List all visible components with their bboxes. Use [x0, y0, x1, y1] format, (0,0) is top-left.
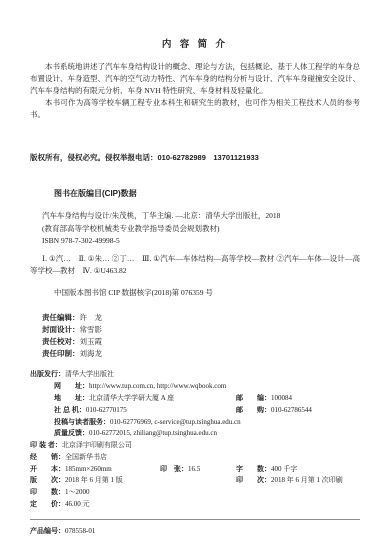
book-copyright-page: 内 容 简 介 本书系统地讲述了汽车车身结构设计的概念、理论与方法，包括概论、基… — [0, 0, 390, 546]
zip-group: 邮 编：100084 — [236, 393, 292, 405]
distributor-name: 全国新华书店 — [65, 453, 107, 461]
distributor-label: 经 销： — [30, 454, 65, 461]
address-row: 地 址：北京清华大学学研大厦 A 座 邮 编：100084 — [0, 393, 390, 405]
address-value: 北京清华大学学研大厦 A 座 — [89, 394, 174, 402]
cip-record-number: 中国版本图书馆 CIP 数据核字(2018)第 076359 号 — [54, 287, 360, 298]
distributor-row: 经 销：全国新华书店 — [0, 452, 390, 464]
print-run-row: 印 数：1～2000 — [0, 487, 390, 499]
zip-label: 邮 编： — [236, 395, 271, 402]
publication-section: 出版发行：清华大学出版社 网 址：http://www.tup.com.cn, … — [0, 369, 390, 511]
printer-name: 北京泽宇印刷有限公司 — [62, 441, 132, 449]
sheets-value: 16.5 — [188, 465, 200, 473]
format-row: 开 本：185mm×260mm 印 张：16.5 字 数：400 千字 — [0, 464, 390, 476]
impression-group: 印 次：2018 年 6 月第 1 次印刷 — [236, 475, 343, 487]
print-supervisor-name: 刘海龙 — [80, 349, 103, 358]
product-number-label: 产品编号： — [30, 528, 65, 535]
credit-proofreader-row: 责任校对：刘玉霞 — [42, 336, 390, 348]
quality-feedback-label: 质量反馈： — [54, 430, 89, 437]
mail-order-group: 邮 购：010-62786544 — [236, 405, 312, 417]
proofreader-name: 刘玉霞 — [80, 337, 103, 346]
print-run-label: 印 数： — [30, 489, 65, 496]
cip-classification: Ⅰ. ①汽… Ⅱ. ①朱… ②丁… Ⅲ. ①汽车—车体结构—高等学校—教材 ②汽… — [30, 253, 360, 278]
cip-heading: 图书在版编目(CIP)数据 — [54, 188, 390, 199]
credit-editor-row: 责任编辑：许 龙 — [42, 312, 390, 324]
sheets-label: 印 张： — [160, 466, 188, 473]
price-value: 46.00 元 — [65, 500, 90, 508]
sheets-group: 印 张：16.5 — [160, 464, 200, 476]
cip-title-line: 汽车车身结构与设计/朱茂桃，丁华主编. —北京：清华大学出版社，2018 — [42, 210, 360, 223]
switchboard-label: 社 总 机： — [54, 407, 86, 414]
impression-label: 印 次： — [236, 477, 271, 484]
impression-value: 2018 年 6 月第 1 次印刷 — [271, 476, 343, 484]
website-row: 网 址：http://www.tup.com.cn, http://www.wq… — [0, 381, 390, 393]
cover-designer-name: 常雪影 — [80, 325, 103, 334]
credits-section: 责任编辑：许 龙 封面设计：常雪影 责任校对：刘玉霞 责任印制：刘海龙 — [42, 312, 390, 361]
content-summary-paragraph-2: 本书可作为高等学校车辆工程专业本科生和研究生的教材，也可作为相关工程技术人员的参… — [30, 97, 360, 121]
credit-print-supervisor-row: 责任印制：刘海龙 — [42, 348, 390, 360]
reader-service-label: 投稿与读者服务： — [54, 419, 110, 426]
product-number-footer: 产品编号：078558-01 — [30, 519, 360, 536]
edition-row: 版 次：2018 年 6 月第 1 版 印 次：2018 年 6 月第 1 次印… — [0, 475, 390, 487]
publisher-name: 清华大学出版社 — [65, 370, 114, 378]
edition-value: 2018 年 6 月第 1 版 — [65, 476, 123, 484]
word-count-group: 字 数：400 千字 — [236, 464, 297, 476]
print-supervisor-label: 责任印制： — [42, 349, 80, 358]
word-count-label: 字 数： — [236, 466, 271, 473]
printer-row: 印 装 者：北京泽宇印刷有限公司 — [0, 440, 390, 452]
cover-designer-label: 封面设计： — [42, 325, 80, 334]
editor-label: 责任编辑： — [42, 313, 80, 322]
print-run-value: 1～2000 — [65, 488, 90, 496]
content-summary-paragraph-1: 本书系统地讲述了汽车车身结构设计的概念、理论与方法，包括概论、基于人体工程学的车… — [30, 61, 360, 97]
price-row: 定 价：46.00 元 — [0, 499, 390, 511]
cip-isbn: ISBN 978-7-302-49998-5 — [42, 235, 360, 248]
content-summary-title: 内 容 简 介 — [0, 36, 390, 50]
copyright-notice: 版权所有，侵权必究。侵权举报电话：010-62782989 1370112193… — [30, 152, 360, 163]
word-count-value: 400 千字 — [271, 465, 297, 473]
quality-feedback-contact: 010-62772015, zhiliang@tup.tsinghua.edu.… — [89, 429, 217, 437]
edition-label: 版 次： — [30, 477, 65, 484]
address-label: 地 址： — [54, 395, 89, 402]
reader-service-row: 投稿与读者服务：010-62776969, c-service@tup.tsin… — [0, 417, 390, 429]
proofreader-label: 责任校对： — [42, 337, 80, 346]
website-urls: http://www.tup.com.cn, http://www.wqbook… — [89, 382, 226, 390]
printer-label: 印 装 者： — [30, 442, 62, 449]
cip-series-line: (教育部高等学校机械类专业教学指导委员会规划教材) — [42, 223, 360, 236]
publisher-row: 出版发行：清华大学出版社 — [0, 369, 390, 381]
switchboard-phone: 010-62770175 — [86, 406, 127, 414]
editor-name: 许 龙 — [80, 313, 103, 322]
price-label: 定 价： — [30, 501, 65, 508]
content-summary-section: 内 容 简 介 本书系统地讲述了汽车车身结构设计的概念、理论与方法，包括概论、基… — [0, 36, 390, 121]
format-value: 185mm×260mm — [65, 465, 112, 473]
product-number-value: 078558-01 — [65, 527, 95, 535]
publisher-label: 出版发行： — [30, 371, 65, 378]
mail-order-phone: 010-62786544 — [271, 406, 312, 414]
cip-section: 图书在版编目(CIP)数据 汽车车身结构与设计/朱茂桃，丁华主编. —北京：清华… — [0, 188, 390, 298]
switchboard-row: 社 总 机：010-62770175 邮 购：010-62786544 — [0, 405, 390, 417]
reader-service-contact: 010-62776969, c-service@tup.tsinghua.edu… — [110, 418, 241, 426]
credit-cover-row: 封面设计：常雪影 — [42, 324, 390, 336]
zip-value: 100084 — [271, 394, 292, 402]
format-label: 开 本： — [30, 466, 65, 473]
quality-feedback-row: 质量反馈：010-62772015, zhiliang@tup.tsinghua… — [0, 428, 390, 440]
mail-order-label: 邮 购： — [236, 407, 271, 414]
website-label: 网 址： — [54, 383, 89, 390]
